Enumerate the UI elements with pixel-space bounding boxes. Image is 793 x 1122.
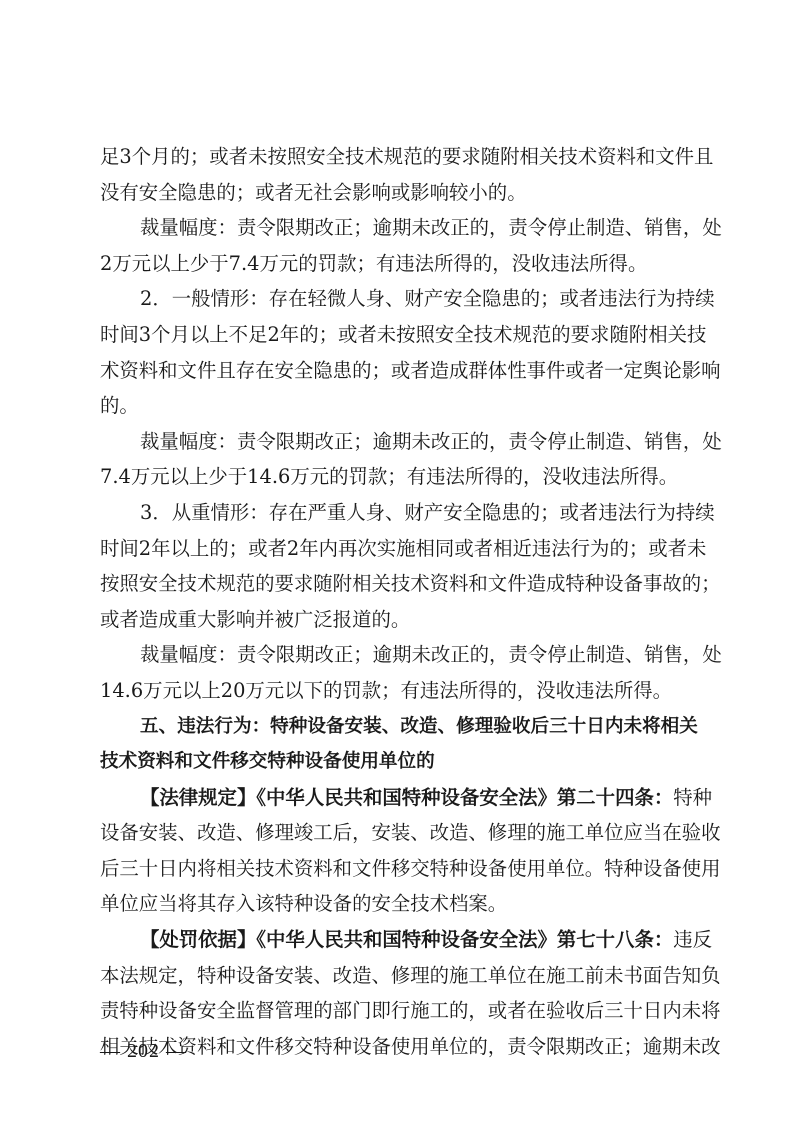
severe-case-line-1: 3．从重情形：存在严重人身、财产安全隐患的；或者违法行为持续 — [100, 495, 694, 531]
general-case-line-2: 时间3个月以上不足2年的；或者未按照安全技术规范的要求随附相关技 — [100, 317, 694, 353]
penalty-basis-line-1: 【处罚依据】《中华人民共和国特种设备安全法》第七十八条：违反 — [100, 922, 694, 958]
penalty-basis-text: 违反 — [673, 928, 712, 951]
legal-provision-line-1: 【法律规定】《中华人民共和国特种设备安全法》第二十四条：特种 — [100, 780, 694, 816]
penalty-basis-line-2: 本法规定，特种设备安装、改造、修理的施工单位在施工前未书面告知负 — [100, 958, 694, 994]
general-case-line-4: 的。 — [100, 388, 694, 424]
sanction-range-general-line-2: 7.4万元以上少于14.6万元的罚款；有违法所得的，没收违法所得。 — [100, 459, 694, 495]
legal-provision-label: 【法律规定】《中华人民共和国特种设备安全法》第二十四条： — [140, 786, 673, 809]
sanction-range-line-2: 2万元以上少于7.4万元的罚款；有违法所得的，没收违法所得。 — [100, 246, 694, 282]
severe-case-line-4: 或者造成重大影响并被广泛报道的。 — [100, 602, 694, 638]
legal-provision-line-3: 后三十日内将相关技术资料和文件移交特种设备使用单位。特种设备使用 — [100, 851, 694, 887]
severe-case-line-2: 时间2年以上的；或者2年内再次实施相同或者相近违法行为的；或者未 — [100, 531, 694, 567]
text-line-1: 足3个月的；或者未按照安全技术规范的要求随附相关技术资料和文件且 — [100, 139, 694, 175]
legal-provision-line-4: 单位应当将其存入该特种设备的安全技术档案。 — [100, 886, 694, 922]
penalty-basis-line-3: 责特种设备安全监督管理的部门即行施工的，或者在验收后三十日内未将 — [100, 993, 694, 1029]
document-page: 足3个月的；或者未按照安全技术规范的要求随附相关技术资料和文件且 没有安全隐患的… — [0, 0, 793, 1122]
general-case-line-3: 术资料和文件且存在安全隐患的；或者造成群体性事件或者一定舆论影响 — [100, 353, 694, 389]
sanction-range-severe-line-1: 裁量幅度：责令限期改正；逾期未改正的，责令停止制造、销售，处 — [100, 637, 694, 673]
severe-case-line-3: 按照安全技术规范的要求随附相关技术资料和文件造成特种设备事故的； — [100, 566, 694, 602]
section-heading-line-2: 技术资料和文件移交特种设备使用单位的 — [100, 744, 694, 780]
penalty-basis-line-4: 相关技术资料和文件移交特种设备使用单位的，责令限期改正；逾期未改 — [100, 1029, 694, 1065]
document-body: 足3个月的；或者未按照安全技术规范的要求随附相关技术资料和文件且 没有安全隐患的… — [100, 139, 694, 1064]
legal-provision-text: 特种 — [673, 786, 712, 809]
legal-provision-line-2: 设备安装、改造、修理竣工后，安装、改造、修理的施工单位应当在验收 — [100, 815, 694, 851]
sanction-range-general-line-1: 裁量幅度：责令限期改正；逾期未改正的，责令停止制造、销售，处 — [100, 424, 694, 460]
section-heading-line-1: 五、违法行为：特种设备安装、改造、修理验收后三十日内未将相关 — [100, 709, 694, 745]
penalty-basis-label: 【处罚依据】《中华人民共和国特种设备安全法》第七十八条： — [140, 928, 673, 951]
text-line-2: 没有安全隐患的；或者无社会影响或影响较小的。 — [100, 175, 694, 211]
sanction-range-line-1: 裁量幅度：责令限期改正；逾期未改正的，责令停止制造、销售，处 — [100, 210, 694, 246]
general-case-line-1: 2．一般情形：存在轻微人身、财产安全隐患的；或者违法行为持续 — [100, 281, 694, 317]
page-number: — 202 — — [100, 1040, 187, 1063]
sanction-range-severe-line-2: 14.6万元以上20万元以下的罚款；有违法所得的，没收违法所得。 — [100, 673, 694, 709]
